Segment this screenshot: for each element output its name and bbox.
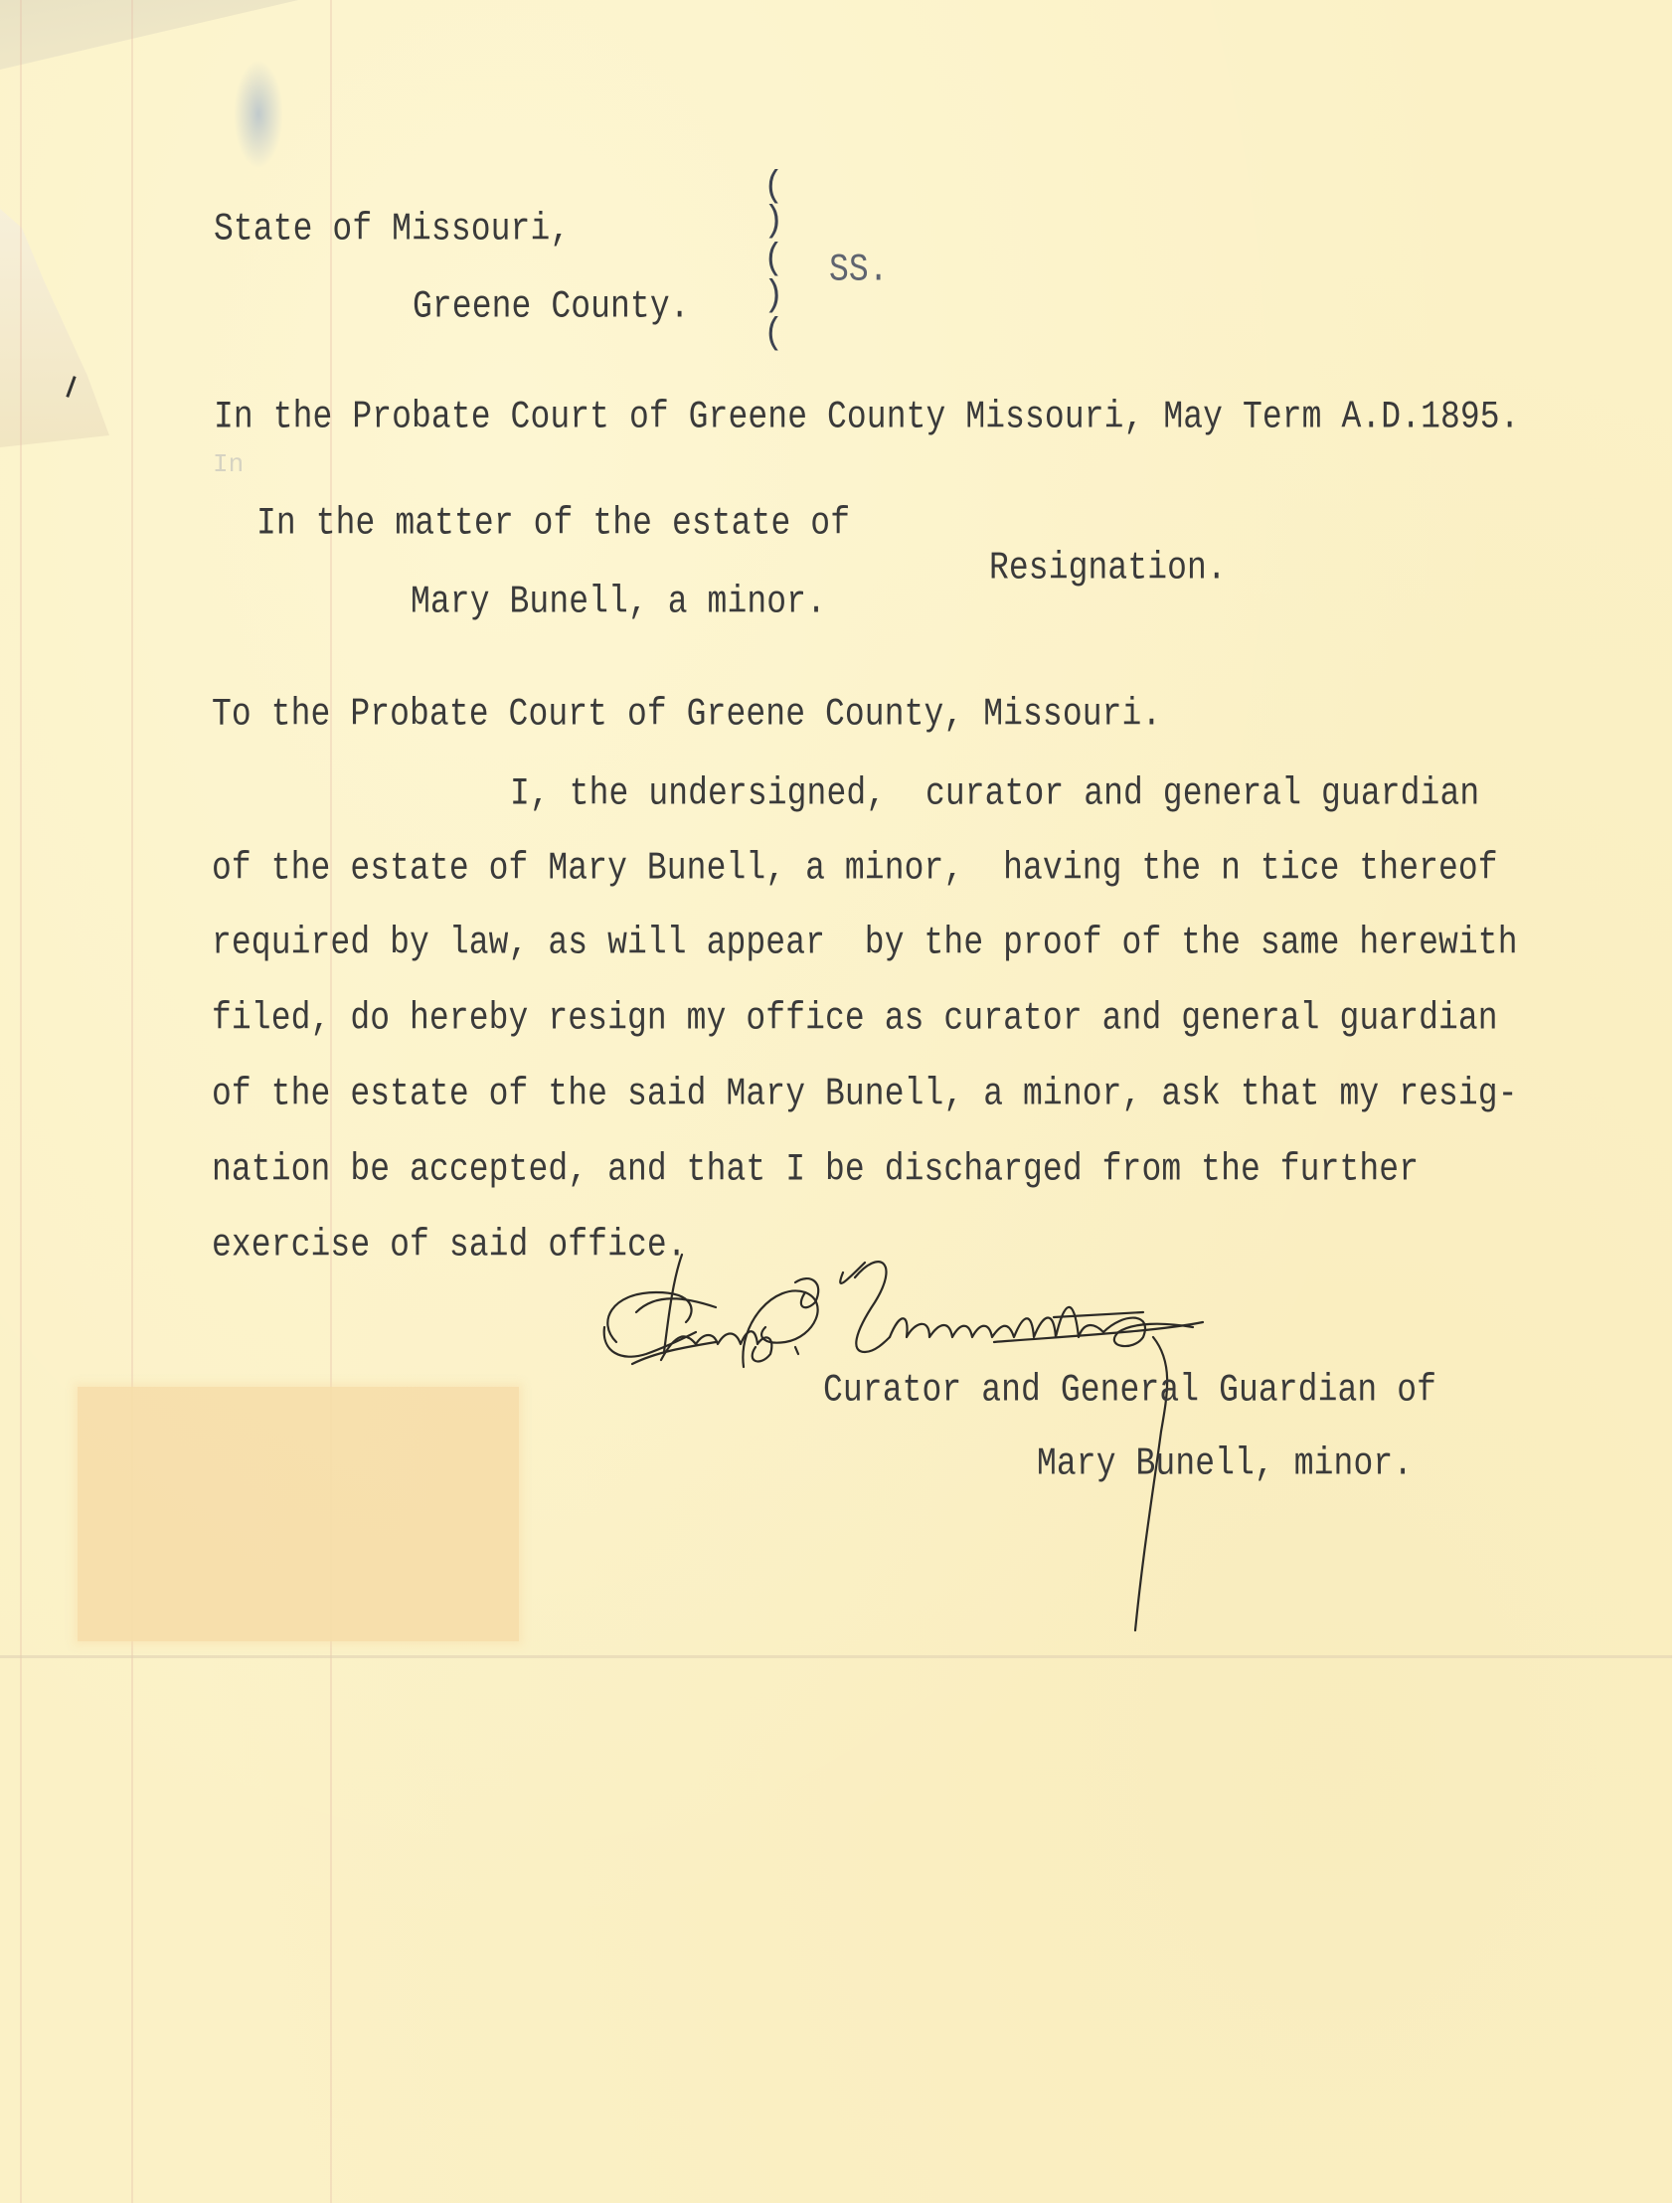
body-line: required by law, as will appear by the p… — [212, 924, 1518, 962]
ink-smudge — [234, 60, 283, 169]
venue-bracket: ( — [763, 314, 783, 354]
ghost-impression: In — [213, 449, 244, 479]
signature-title-2: Mary Bunell, minor. — [1037, 1444, 1413, 1483]
body-line: I, the undersigned, curator and general … — [510, 774, 1479, 813]
paper-crease — [20, 0, 22, 2203]
fold-line — [0, 1655, 1672, 1658]
venue-state: State of Missouri, — [214, 210, 570, 249]
matter-line-2: Mary Bunell, a minor. — [411, 583, 826, 621]
venue-bracket: ) — [763, 202, 783, 242]
body-line: nation be accepted, and that I be discha… — [212, 1150, 1419, 1189]
torn-edge — [0, 209, 109, 447]
adhesive-stain — [78, 1387, 519, 1641]
body-line: of the estate of the said Mary Bunell, a… — [212, 1075, 1518, 1113]
matter-line-1: In the matter of the estate of — [256, 504, 850, 543]
matter-title: Resignation. — [989, 549, 1227, 588]
paper-crease — [131, 0, 133, 2203]
signature-title-1: Curator and General Guardian of — [823, 1371, 1436, 1410]
body-line: filed, do hereby resign my office as cur… — [212, 999, 1498, 1038]
venue-county: Greene County. — [413, 287, 690, 326]
venue-bracket: ( — [763, 240, 783, 279]
document-page: State of Missouri, Greene County. ( ) ( … — [0, 0, 1672, 2203]
body-line: exercise of said office. — [212, 1226, 687, 1265]
court-heading: In the Probate Court of Greene County Mi… — [214, 398, 1520, 436]
body-line: of the estate of Mary Bunell, a minor, h… — [212, 849, 1498, 888]
venue-bracket: ) — [763, 276, 783, 316]
venue-ss: SS. — [829, 251, 889, 289]
addressee: To the Probate Court of Greene County, M… — [212, 695, 1161, 734]
